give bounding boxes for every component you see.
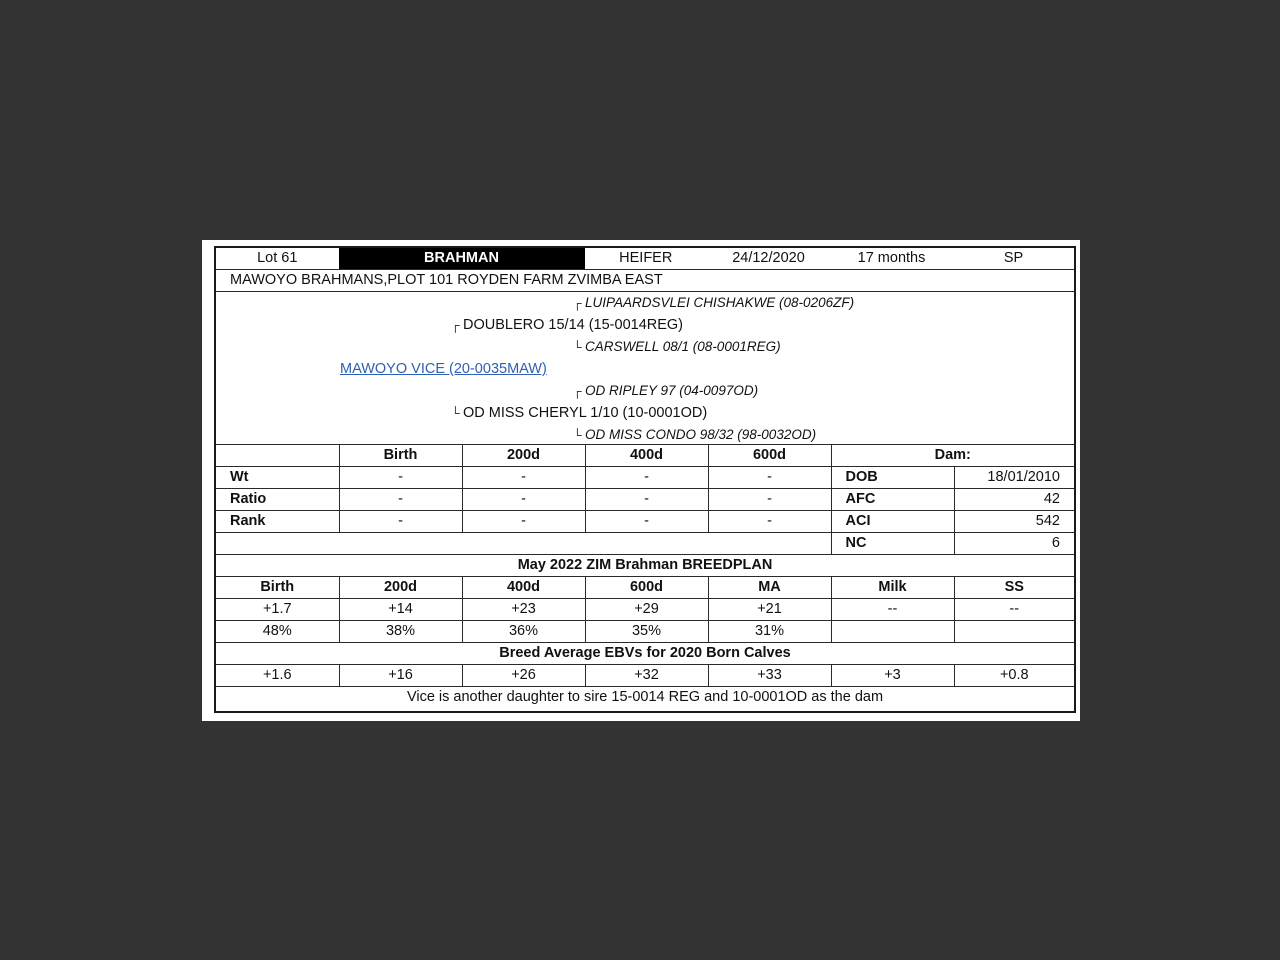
sire-name: DOUBLERO 15/14 (15-0014REG): [463, 317, 683, 333]
dam-sire-name: OD RIPLEY 97 (04-0097OD): [585, 383, 758, 398]
average-cell: +3: [831, 665, 954, 687]
table-cell: -: [708, 467, 831, 489]
lot-card: Lot 61 BRAHMAN HEIFER 24/12/2020 17 mont…: [202, 240, 1080, 721]
comment-text: Vice is another daughter to sire 15-0014…: [216, 687, 1074, 709]
ebv-row: +1.7 +14 +23 +29 +21 -- --: [216, 599, 1074, 621]
dam-label: ACI: [831, 511, 954, 533]
code-label: SP: [953, 248, 1074, 270]
bracket-bottom-icon: └: [573, 338, 585, 356]
table-row: NC 6: [216, 533, 1074, 555]
accuracy-cell: 48%: [216, 621, 339, 643]
average-cell: +16: [339, 665, 462, 687]
table-cell: -: [585, 467, 708, 489]
age-label: 17 months: [830, 248, 953, 270]
dam-value: 6: [954, 533, 1074, 555]
dam-label: NC: [831, 533, 954, 555]
breeder-row: MAWOYO BRAHMANS,PLOT 101 ROYDEN FARM ZVI…: [216, 270, 1074, 292]
accuracy-cell: 36%: [462, 621, 585, 643]
table-cell: -: [708, 489, 831, 511]
table-cell: -: [339, 467, 462, 489]
table-row: Wt - - - - DOB 18/01/2010: [216, 467, 1074, 489]
table-cell: -: [462, 489, 585, 511]
accuracy-cell: 35%: [585, 621, 708, 643]
dam-dam-entry: └OD MISS CONDO 98/32 (98-0032OD): [573, 426, 816, 444]
bracket-bottom-icon: └: [573, 426, 585, 444]
lot-header-row: Lot 61 BRAHMAN HEIFER 24/12/2020 17 mont…: [216, 248, 1074, 270]
average-cell: +26: [462, 665, 585, 687]
sire-sire-entry: ┌LUIPAARDSVLEI CHISHAKWE (08-0206ZF): [573, 294, 854, 312]
col-header: MA: [708, 577, 831, 599]
sex-label: HEIFER: [584, 248, 707, 270]
average-cell: +1.6: [216, 665, 339, 687]
breedplan-table: May 2022 ZIM Brahman BREEDPLAN Birth 200…: [216, 555, 1074, 708]
accuracy-cell: 31%: [708, 621, 831, 643]
ebv-cell: +14: [339, 599, 462, 621]
birth-date: 24/12/2020: [707, 248, 830, 270]
sire-dam-entry: └CARSWELL 08/1 (08-0001REG): [573, 338, 781, 356]
average-cell: +0.8: [954, 665, 1074, 687]
accuracy-cell: 38%: [339, 621, 462, 643]
breed-average-row: +1.6 +16 +26 +32 +33 +3 +0.8: [216, 665, 1074, 687]
col-header: SS: [954, 577, 1074, 599]
dam-value: 542: [954, 511, 1074, 533]
bracket-top-icon: ┌: [573, 382, 585, 400]
col-header: Milk: [831, 577, 954, 599]
dam-sire-entry: ┌OD RIPLEY 97 (04-0097OD): [573, 382, 758, 400]
col-header: 400d: [585, 445, 708, 467]
col-header: 200d: [339, 577, 462, 599]
col-header: Birth: [339, 445, 462, 467]
breed-average-title-row: Breed Average EBVs for 2020 Born Calves: [216, 643, 1074, 665]
average-cell: +32: [585, 665, 708, 687]
bracket-bottom-icon: └: [451, 404, 463, 422]
ebv-cell: +21: [708, 599, 831, 621]
row-label: Wt: [216, 467, 339, 489]
dam-name: OD MISS CHERYL 1/10 (10-0001OD): [463, 405, 707, 421]
breedplan-title: May 2022 ZIM Brahman BREEDPLAN: [216, 555, 1074, 577]
accuracy-cell: [954, 621, 1074, 643]
table-row: Rank - - - - ACI 542: [216, 511, 1074, 533]
subject-entry[interactable]: MAWOYO VICE (20-0035MAW): [340, 360, 547, 378]
table-cell: -: [339, 511, 462, 533]
col-header: 200d: [462, 445, 585, 467]
ebv-cell: --: [954, 599, 1074, 621]
dam-value: 42: [954, 489, 1074, 511]
pedigree-section: ┌LUIPAARDSVLEI CHISHAKWE (08-0206ZF) ┌DO…: [216, 292, 1074, 445]
breedplan-header-row: Birth 200d 400d 600d MA Milk SS: [216, 577, 1074, 599]
bracket-top-icon: ┌: [451, 316, 463, 334]
col-header: 600d: [585, 577, 708, 599]
col-header: 400d: [462, 577, 585, 599]
ebv-cell: +29: [585, 599, 708, 621]
dam-value: 18/01/2010: [954, 467, 1074, 489]
lot-number: Lot 61: [216, 248, 339, 270]
average-cell: +33: [708, 665, 831, 687]
table-cell: -: [462, 467, 585, 489]
blank-cell: [216, 533, 831, 555]
ebv-cell: --: [831, 599, 954, 621]
breed-label: BRAHMAN: [339, 248, 584, 270]
sire-dam-name: CARSWELL 08/1 (08-0001REG): [585, 339, 781, 354]
breeder-name: MAWOYO BRAHMANS,PLOT 101 ROYDEN FARM ZVI…: [216, 270, 1074, 292]
accuracy-cell: [831, 621, 954, 643]
lot-header-table: Lot 61 BRAHMAN HEIFER 24/12/2020 17 mont…: [216, 248, 1074, 292]
comment-row: Vice is another daughter to sire 15-0014…: [216, 687, 1074, 709]
bracket-top-icon: ┌: [573, 294, 585, 312]
breed-average-title: Breed Average EBVs for 2020 Born Calves: [216, 643, 1074, 665]
dam-entry: └OD MISS CHERYL 1/10 (10-0001OD): [451, 404, 707, 422]
col-header: Birth: [216, 577, 339, 599]
breedplan-title-row: May 2022 ZIM Brahman BREEDPLAN: [216, 555, 1074, 577]
table-cell: -: [339, 489, 462, 511]
accuracy-row: 48% 38% 36% 35% 31%: [216, 621, 1074, 643]
performance-header-row: Birth 200d 400d 600d Dam:: [216, 445, 1074, 467]
row-label: Ratio: [216, 489, 339, 511]
subject-animal-link[interactable]: MAWOYO VICE (20-0035MAW): [340, 361, 547, 377]
col-header: 600d: [708, 445, 831, 467]
table-cell: -: [462, 511, 585, 533]
ebv-cell: +23: [462, 599, 585, 621]
sire-sire-name: LUIPAARDSVLEI CHISHAKWE (08-0206ZF): [585, 295, 854, 310]
table-cell: -: [585, 511, 708, 533]
dam-label: DOB: [831, 467, 954, 489]
lot-sheet: Lot 61 BRAHMAN HEIFER 24/12/2020 17 mont…: [214, 246, 1076, 713]
row-label: Rank: [216, 511, 339, 533]
performance-table: Birth 200d 400d 600d Dam: Wt - - - - DOB…: [216, 445, 1074, 555]
blank-cell: [216, 445, 339, 467]
sire-entry: ┌DOUBLERO 15/14 (15-0014REG): [451, 316, 683, 334]
ebv-cell: +1.7: [216, 599, 339, 621]
dam-dam-name: OD MISS CONDO 98/32 (98-0032OD): [585, 427, 816, 442]
table-row: Ratio - - - - AFC 42: [216, 489, 1074, 511]
table-cell: -: [708, 511, 831, 533]
table-cell: -: [585, 489, 708, 511]
dam-label: AFC: [831, 489, 954, 511]
dam-title: Dam:: [831, 445, 1074, 467]
